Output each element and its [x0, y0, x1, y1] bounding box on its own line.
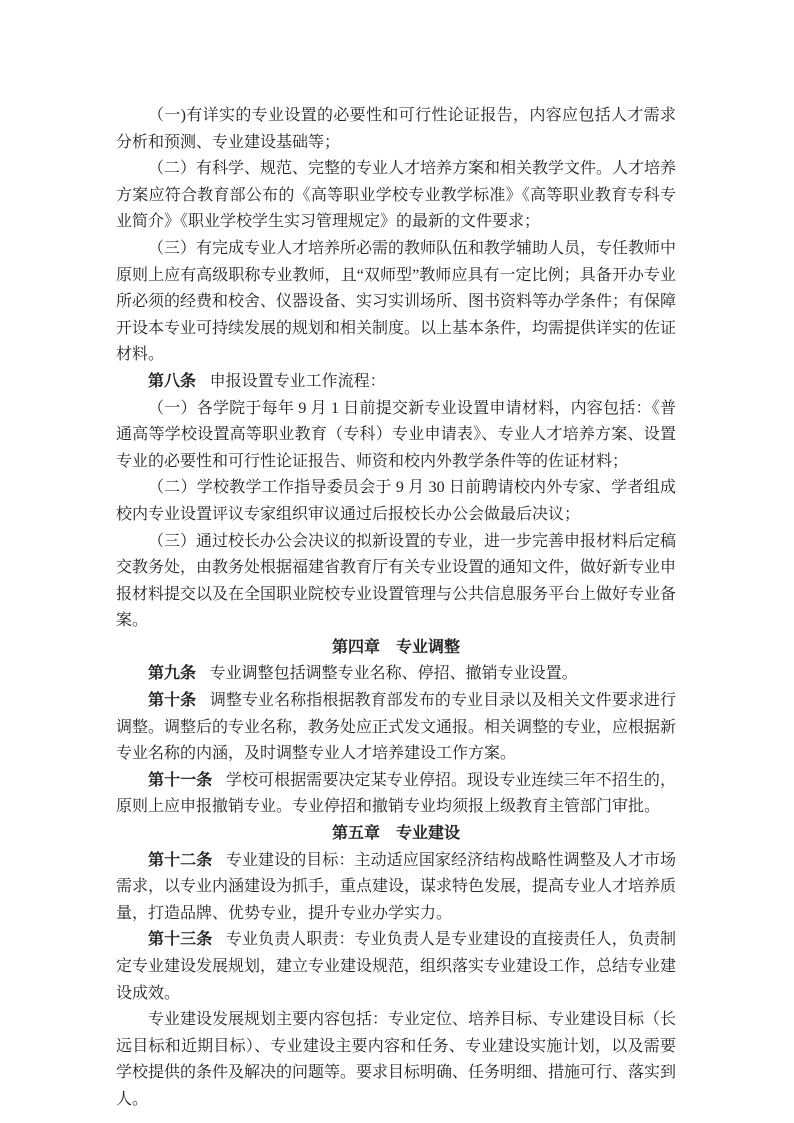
- article-8-text: 申报设置专业工作流程：: [210, 373, 386, 390]
- plan-contents-paragraph: 专业建设发展规划主要内容包括：专业定位、培养目标、专业建设目标（长远目标和近期目…: [116, 1007, 676, 1113]
- article-9-number: 第九条: [148, 665, 196, 682]
- chapter-5-heading: 第五章 专业建设: [116, 821, 676, 848]
- procedure-step-2: （二）学校教学工作指导委员会于 9 月 30 日前聘请校内外专家、学者组成校内专…: [116, 475, 676, 528]
- article-10-number: 第十条: [148, 692, 196, 709]
- chapter-4-heading: 第四章 专业调整: [116, 635, 676, 662]
- article-11: 第十一条学校可根据需要决定某专业停招。现设专业连续三年不招生的，原则上应申报撤销…: [116, 768, 676, 821]
- procedure-step-3: （三）通过校长办公会决议的拟新设置的专业，进一步完善申报材料后定稿交教务处，由教…: [116, 529, 676, 635]
- article-8-number: 第八条: [148, 373, 196, 390]
- article-13-number: 第十三条: [148, 931, 212, 948]
- document-page: （一)有详实的专业设置的必要性和可行性论证报告，内容应包括人才需求分析和预测、专…: [0, 0, 794, 1123]
- condition-item-3: （三）有完成专业人才培养所必需的教师队伍和教学辅助人员，专任教师中原则上应有高级…: [116, 236, 676, 369]
- article-13: 第十三条专业负责人职责：专业负责人是专业建设的直接责任人，负责制定专业建设发展规…: [116, 927, 676, 1007]
- article-10: 第十条调整专业名称指根据教育部发布的专业目录以及相关文件要求进行调整。调整后的专…: [116, 688, 676, 768]
- condition-item-1: （一)有详实的专业设置的必要性和可行性论证报告，内容应包括人才需求分析和预测、专…: [116, 103, 676, 156]
- article-9-text: 专业调整包括调整专业名称、停招、撤销专业设置。: [210, 665, 578, 682]
- article-10-text: 调整专业名称指根据教育部发布的专业目录以及相关文件要求进行调整。调整后的专业名称…: [116, 692, 676, 762]
- article-9: 第九条专业调整包括调整专业名称、停招、撤销专业设置。: [116, 661, 676, 688]
- article-12: 第十二条专业建设的目标：主动适应国家经济结构战略性调整及人才市场需求，以专业内涵…: [116, 848, 676, 928]
- article-12-number: 第十二条: [148, 852, 212, 869]
- article-8: 第八条申报设置专业工作流程：: [116, 369, 676, 396]
- condition-item-2: （二）有科学、规范、完整的专业人才培养方案和相关教学文件。人才培养方案应符合教育…: [116, 156, 676, 236]
- article-11-number: 第十一条: [148, 772, 212, 789]
- procedure-step-1: （一）各学院于每年 9 月 1 日前提交新专业设置申请材料，内容包括：《普通高等…: [116, 396, 676, 476]
